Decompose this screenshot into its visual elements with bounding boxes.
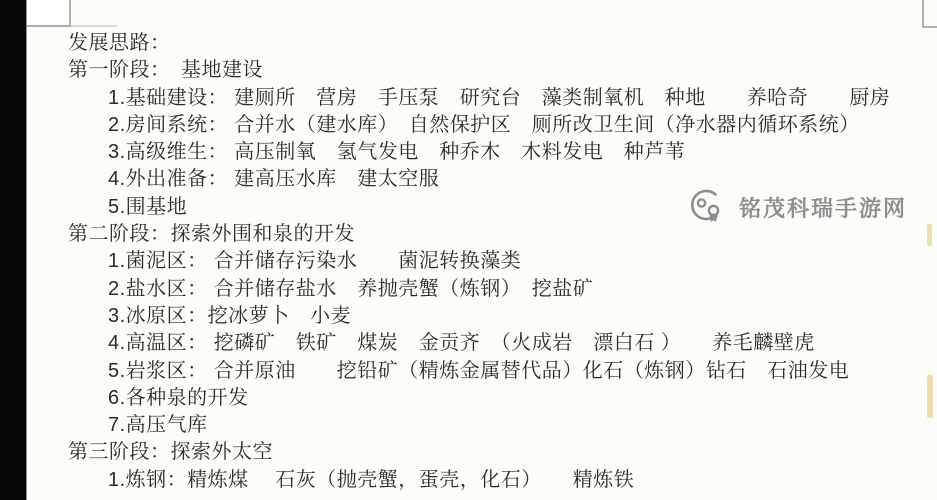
page-corner-top-left — [27, 0, 71, 27]
text-line: 3.高级维生： 高压制氧 氢气发电 种乔木 木料发电 种芦苇 — [68, 139, 928, 166]
text-line: 第一阶段： 基地建设 — [68, 57, 928, 84]
watermark: 铭茂科瑞手游网 — [688, 186, 907, 228]
watermark-text: 铭茂科瑞手游网 — [739, 192, 907, 223]
text-line: 2.盐水区： 合并储存盐水 养抛壳蟹（炼钢） 挖盐矿 — [68, 276, 928, 303]
left-black-bar — [0, 0, 27, 500]
text-line: 6.各种泉的开发 — [68, 385, 928, 412]
text-line: 第三阶段：探索外太空 — [68, 439, 928, 466]
text-line: 2.房间系统： 合并水（建水库） 自然保护区 厕所改卫生间（净水器内循环系统） — [68, 112, 928, 139]
text-line: 3.冰原区：挖冰萝卜 小麦 — [68, 303, 928, 330]
document-body: 发展思路：第一阶段： 基地建设1.基础建设： 建厕所 营房 手压泵 研究台 藻类… — [68, 30, 928, 494]
text-line: 1.菌泥区： 合并储存污染水 菌泥转换藻类 — [68, 248, 928, 275]
magnifier-badge-icon — [688, 186, 728, 228]
edge-highlight-mark-2 — [927, 375, 933, 418]
edge-highlight-mark-1 — [927, 224, 932, 246]
text-line: 4.高温区： 挖磷矿 铁矿 煤炭 金贡齐 （火成岩 漂白石 ） 养毛麟壁虎 — [68, 330, 928, 357]
text-line: 7.高压气库 — [68, 412, 928, 439]
screenshot-root: 发展思路：第一阶段： 基地建设1.基础建设： 建厕所 营房 手压泵 研究台 藻类… — [0, 0, 937, 500]
page-edge-line — [71, 25, 117, 27]
text-line: 5.岩浆区： 合并原油 挖铅矿（精炼金属替代品）化石（炼钢）钻石 石油发电 — [68, 358, 928, 385]
text-line: 1.基础建设： 建厕所 营房 手压泵 研究台 藻类制氧机 种地 养哈奇 厨房 — [68, 85, 928, 112]
text-line: 1.炼钢：精炼煤 石灰（抛壳蟹，蛋壳，化石） 精炼铁 — [68, 467, 928, 494]
page-corner-top-right-horizontal-line — [922, 26, 937, 28]
text-line: 发展思路： — [68, 30, 928, 57]
page-corner-top-right-vertical-line — [922, 0, 924, 26]
